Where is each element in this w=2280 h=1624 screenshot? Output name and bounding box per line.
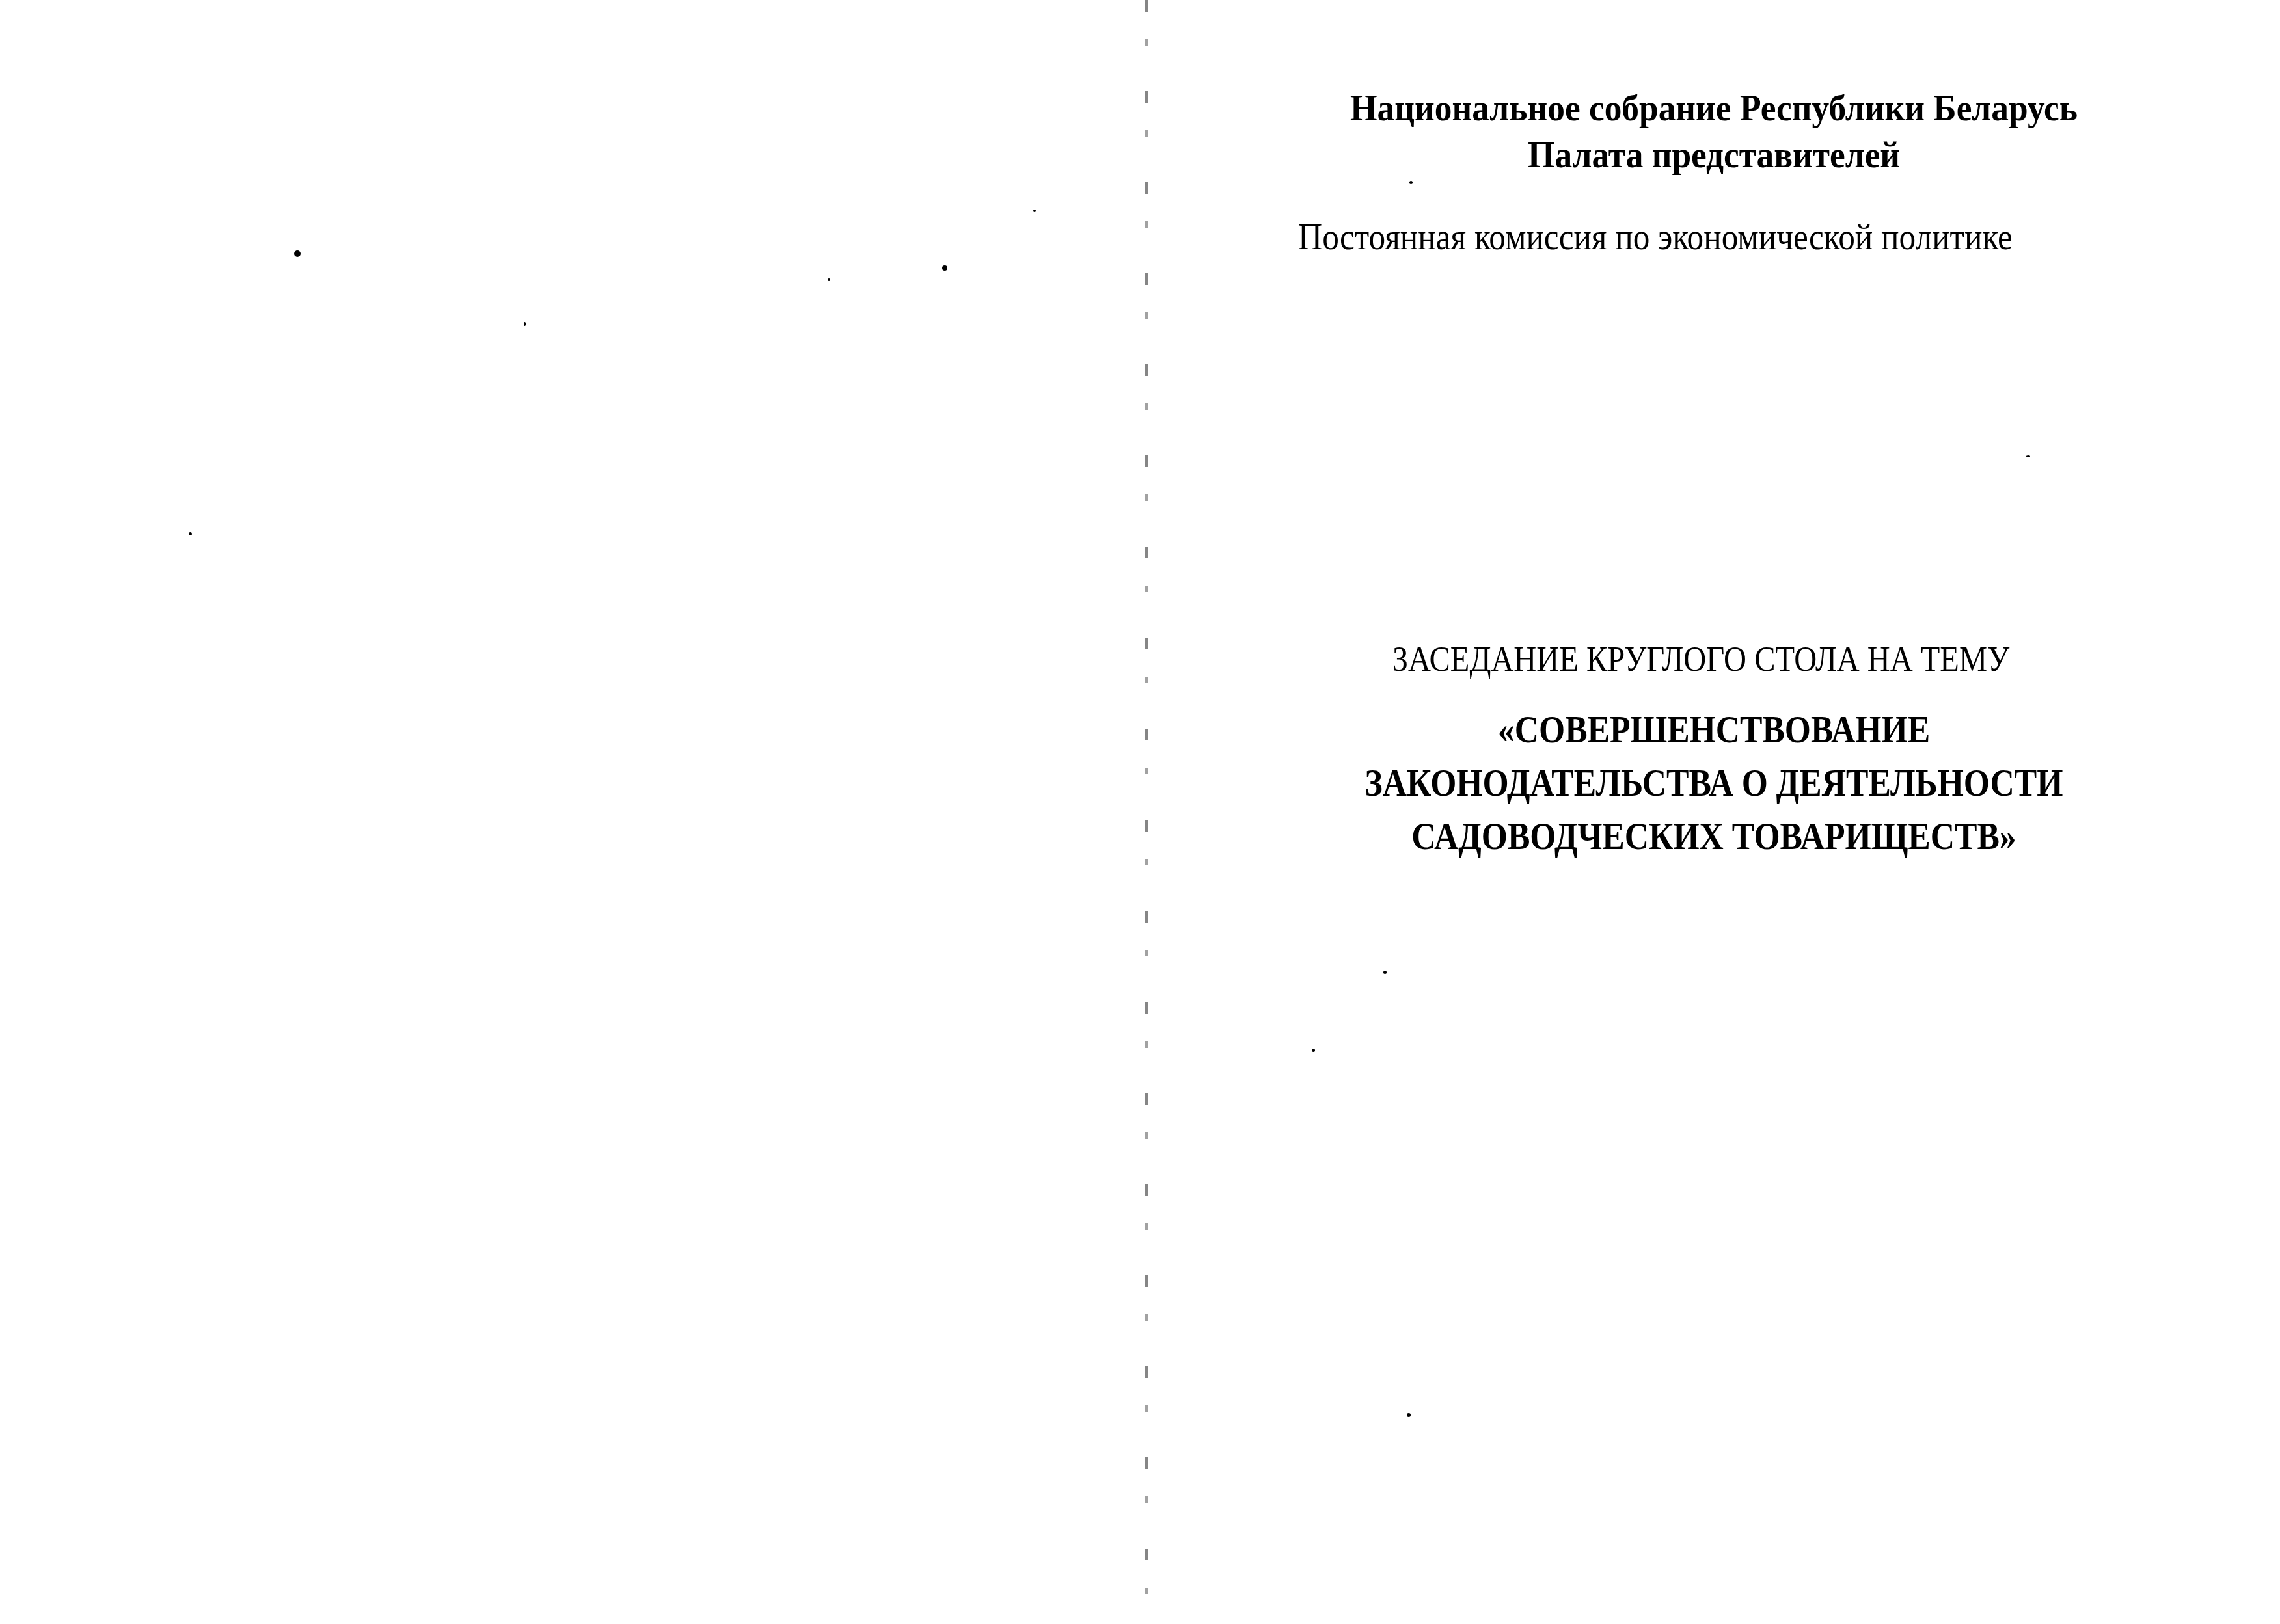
event-title: ЗАСЕДАНИЕ КРУГЛОГО СТОЛА НА ТЕМУ xyxy=(1271,636,2130,682)
topic-line-1: «СОВЕРШЕНСТВОВАНИЕ xyxy=(1294,703,2134,756)
topic-line-3: САДОВОДЧЕСКИХ ТОВАРИЩЕСТВ» xyxy=(1294,809,2134,863)
organization-line-2: Палата представителей xyxy=(1265,131,2163,178)
scan-speck xyxy=(828,278,830,281)
scan-speck xyxy=(1033,210,1036,212)
commission-name: Постоянная комиссия по экономической пол… xyxy=(1216,215,2095,260)
left-page-blank xyxy=(0,0,1145,1624)
scan-speck xyxy=(294,250,301,257)
organization-heading: Национальное собрание Республики Беларус… xyxy=(1265,85,2163,178)
right-page-title: Национальное собрание Республики Беларус… xyxy=(1148,0,2280,1624)
scan-speck xyxy=(1407,1413,1411,1417)
scan-speck xyxy=(524,322,526,326)
topic-title: «СОВЕРШЕНСТВОВАНИЕ ЗАКОНОДАТЕЛЬСТВА О ДЕ… xyxy=(1294,703,2134,863)
scan-speck xyxy=(1312,1049,1315,1052)
scan-speck xyxy=(1409,181,1413,184)
topic-line-2: ЗАКОНОДАТЕЛЬСТВА О ДЕЯТЕЛЬНОСТИ xyxy=(1294,756,2134,809)
scan-speck xyxy=(1383,971,1387,974)
scan-speck xyxy=(189,532,192,535)
scan-speck xyxy=(942,265,947,271)
scan-speck xyxy=(2026,455,2030,457)
organization-line-1: Национальное собрание Республики Беларус… xyxy=(1265,85,2163,131)
